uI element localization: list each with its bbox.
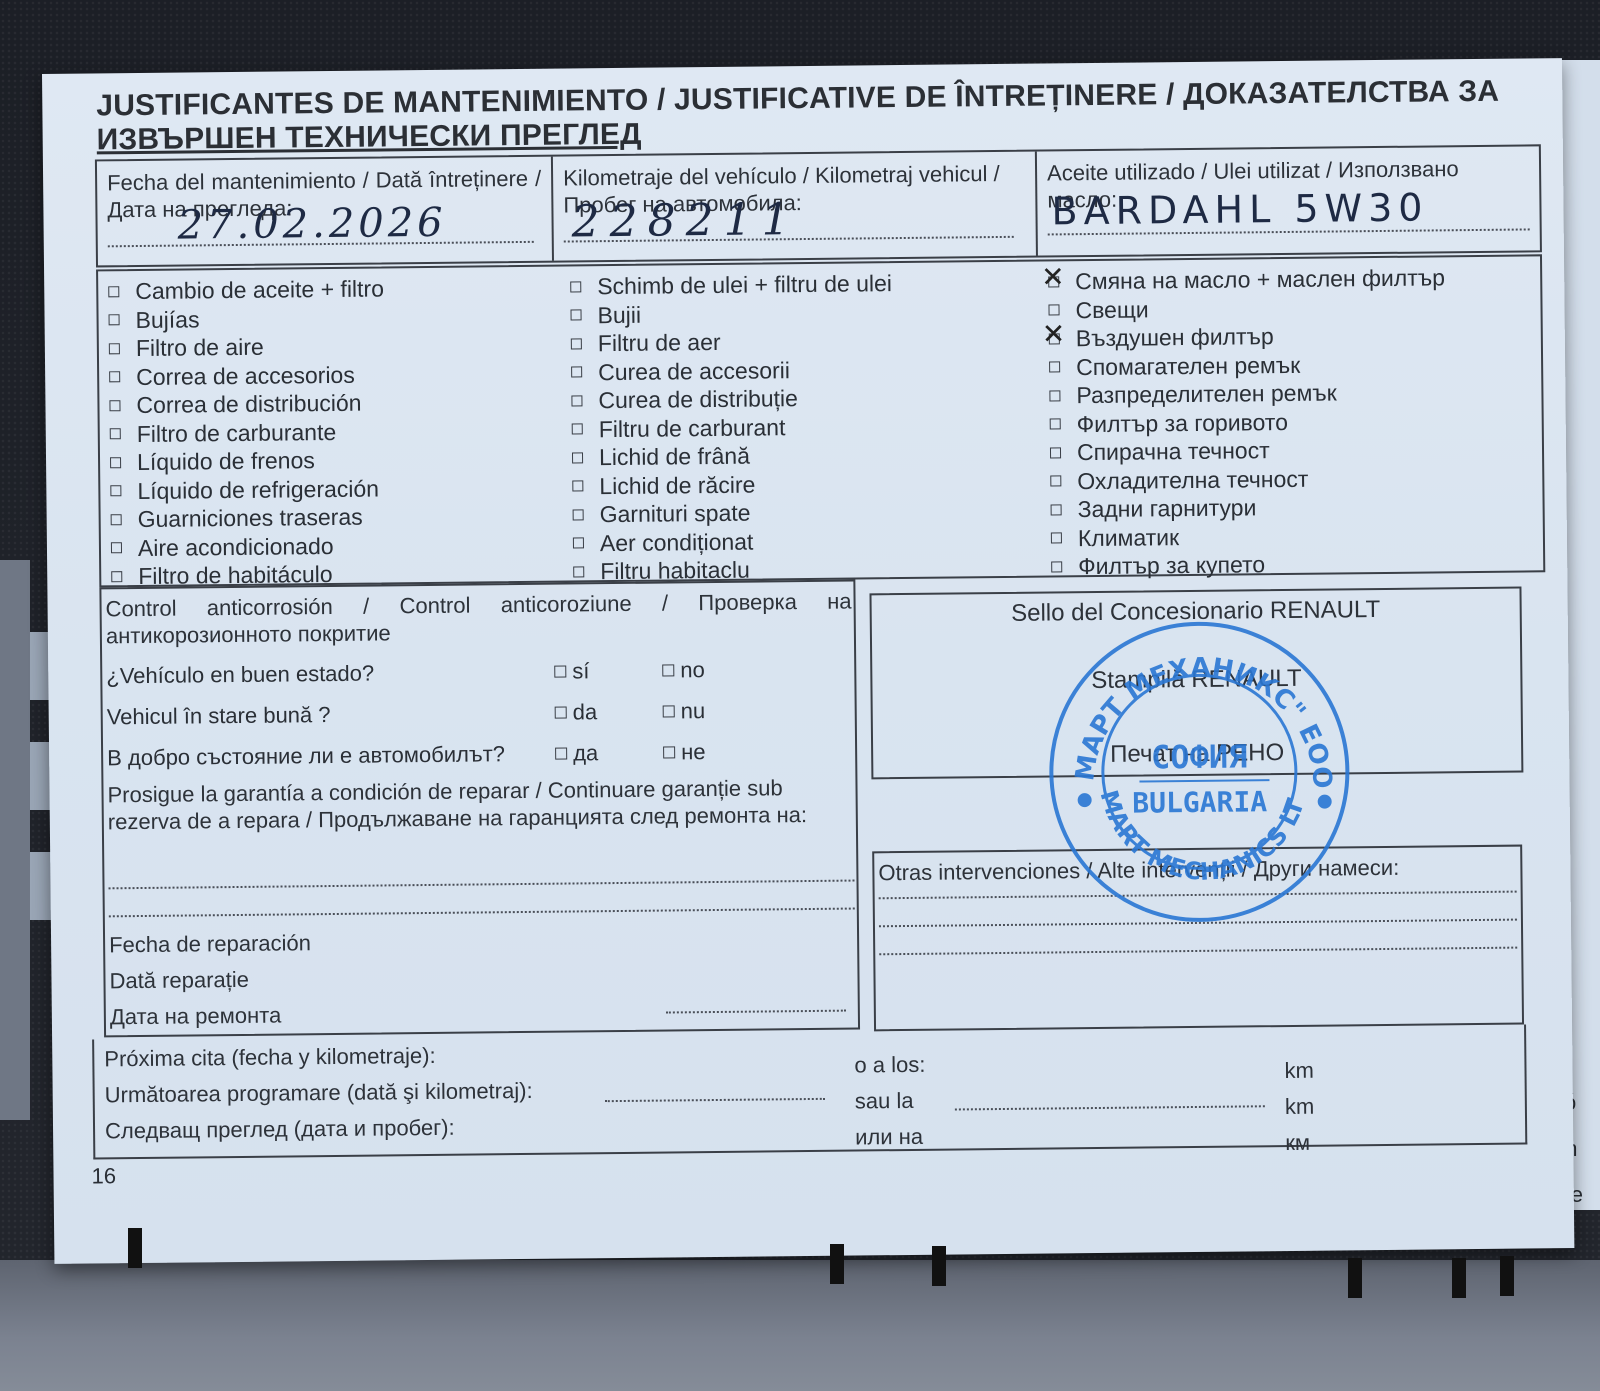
checklist-item[interactable]: Aer condiționat bbox=[573, 526, 895, 558]
checklist-item[interactable]: Guarniciones traseras bbox=[111, 502, 387, 533]
checklist-item-label: Филтър за горивото bbox=[1077, 407, 1288, 438]
checkbox-icon[interactable] bbox=[1051, 504, 1062, 515]
checkbox-icon[interactable] bbox=[110, 428, 121, 439]
option-no[interactable]: не bbox=[663, 739, 743, 766]
checklist-item[interactable]: Задни гарнитури bbox=[1050, 491, 1447, 524]
checklist-item-label: Задни гарнитури bbox=[1077, 493, 1256, 523]
option-no[interactable]: nu bbox=[663, 698, 743, 725]
checkbox-icon[interactable] bbox=[111, 542, 122, 553]
checkbox-icon[interactable] bbox=[570, 310, 581, 321]
binder-ring bbox=[1452, 1258, 1466, 1298]
checklist-item[interactable]: Смяна на масло + маслен филтър bbox=[1048, 263, 1445, 296]
checklist-item-label: Aire acondicionado bbox=[138, 531, 334, 562]
checkbox-icon[interactable] bbox=[555, 748, 567, 760]
checklist-item-label: Lichid de răcire bbox=[599, 470, 755, 500]
anticorrosion-section: Control anticorrosión / Control anticoro… bbox=[99, 580, 860, 1038]
warranty-text: Prosigue la garantía a condición de repa… bbox=[107, 774, 854, 836]
checklist-item[interactable]: Разпределителен ремък bbox=[1049, 377, 1446, 410]
oil-value: BARDAHL 5W30 bbox=[1051, 185, 1428, 233]
mileage-value: 228211 bbox=[571, 194, 799, 247]
next-service-or-label: или на bbox=[855, 1123, 923, 1151]
left-page-edge bbox=[0, 560, 30, 1120]
warranty-dotted-line-2 bbox=[109, 908, 855, 918]
checkbox-icon[interactable] bbox=[571, 338, 582, 349]
checklist-item-label: Filtro de aire bbox=[136, 333, 264, 363]
service-checklist: Cambio de aceite + filtroBujíasFiltro de… bbox=[96, 254, 1545, 587]
next-service-label: Próxima cita (fecha y kilometraje): bbox=[104, 1042, 436, 1072]
header-fields-row: Fecha del mantenimiento / Dată întreține… bbox=[95, 144, 1542, 267]
checklist-item-label: Спирачна течност bbox=[1077, 436, 1270, 467]
mileage-field[interactable]: Kilometraje del vehículo / Kilometraj ve… bbox=[553, 152, 1038, 261]
checklist-item[interactable]: Líquido de frenos bbox=[110, 445, 386, 476]
checklist-item-label: Смяна на масло + маслен филтър bbox=[1075, 263, 1445, 295]
checklist-item-label: Въздушен филтър bbox=[1076, 322, 1274, 353]
checklist-item[interactable]: Свещи bbox=[1048, 292, 1445, 325]
checkbox-icon[interactable] bbox=[573, 538, 584, 549]
checklist-item-label: Correa de distribución bbox=[136, 389, 361, 420]
checklist-item[interactable]: Curea de accesorii bbox=[571, 355, 893, 387]
option-label: не bbox=[681, 739, 706, 765]
checklist-item-label: Cambio de aceite + filtro bbox=[135, 274, 384, 305]
checkbox-icon[interactable] bbox=[109, 400, 120, 411]
checklist-item-label: Климатик bbox=[1078, 523, 1180, 553]
checklist-item[interactable]: Lichid de frână bbox=[572, 440, 894, 472]
next-service-section: Próxima cita (fecha y kilometraje):o a l… bbox=[92, 1025, 1527, 1160]
checklist-item[interactable]: Filtru de aer bbox=[571, 326, 893, 358]
checkbox-icon[interactable] bbox=[571, 367, 582, 378]
checklist-item-label: Líquido de frenos bbox=[137, 446, 315, 476]
binder-ring bbox=[1500, 1256, 1514, 1296]
checklist-item[interactable]: Filtro de aire bbox=[109, 331, 385, 362]
checkbox-icon[interactable] bbox=[1049, 362, 1060, 373]
checkbox-icon[interactable] bbox=[572, 452, 583, 463]
checkbox-icon[interactable] bbox=[1048, 305, 1059, 316]
stamp-country: BULGARIA bbox=[1054, 784, 1346, 820]
checklist-item-label: Garnituri spate bbox=[599, 499, 750, 529]
checkbox-icon[interactable] bbox=[109, 314, 120, 325]
checkbox-icon[interactable] bbox=[572, 424, 583, 435]
condition-question: Vehicul în stare bună ?danu bbox=[107, 697, 827, 731]
checklist-item[interactable]: Correa de accesorios bbox=[109, 360, 385, 391]
option-label: da bbox=[573, 699, 598, 725]
checklist-item-label: Filtru de aer bbox=[598, 328, 721, 358]
checklist-item[interactable]: Спирачна течност bbox=[1050, 434, 1447, 467]
checklist-item-label: Curea de distribuție bbox=[598, 384, 798, 415]
checkbox-icon[interactable] bbox=[555, 707, 567, 719]
checklist-item[interactable]: Líquido de refrigeración bbox=[110, 474, 386, 505]
checkbox-icon[interactable] bbox=[572, 481, 583, 492]
next-service-unit: км bbox=[1285, 1129, 1310, 1156]
checkbox-icon[interactable] bbox=[573, 509, 584, 520]
checkbox-checked-icon[interactable] bbox=[1049, 333, 1060, 344]
date-field[interactable]: Fecha del mantenimiento / Dată întreține… bbox=[97, 157, 554, 266]
checklist-item[interactable]: Cambio de aceite + filtro bbox=[108, 274, 384, 305]
question-label: ¿Vehículo en buen estado? bbox=[106, 659, 554, 690]
checklist-item-label: Bujii bbox=[597, 300, 641, 329]
page-number: 16 bbox=[91, 1163, 116, 1189]
next-service-unit: km bbox=[1284, 1057, 1314, 1084]
checkbox-icon[interactable] bbox=[110, 485, 121, 496]
checkbox-icon[interactable] bbox=[662, 664, 674, 676]
option-yes[interactable]: sí bbox=[554, 658, 662, 685]
checkbox-icon[interactable] bbox=[111, 571, 122, 582]
checklist-romanian: Schimb de ulei + filtru de uleiBujiiFilt… bbox=[570, 269, 895, 586]
question-label: В добро състояние ли е автомобилът? bbox=[107, 741, 555, 772]
option-no[interactable]: no bbox=[662, 657, 742, 684]
checkbox-icon[interactable] bbox=[571, 395, 582, 406]
binder-ring bbox=[830, 1244, 844, 1284]
next-km-dotted-line[interactable] bbox=[955, 1105, 1265, 1110]
checklist-item[interactable]: Охладителна течност bbox=[1050, 463, 1447, 496]
checklist-item[interactable]: Въздушен филтър bbox=[1049, 320, 1446, 353]
checklist-item-label: Lichid de frână bbox=[599, 442, 750, 472]
stamp-dot-left bbox=[1078, 793, 1092, 807]
condition-question: ¿Vehículo en buen estado?síno bbox=[106, 656, 826, 690]
checklist-item[interactable]: Филтър за горивото bbox=[1050, 406, 1447, 439]
checkbox-icon[interactable] bbox=[1050, 447, 1061, 458]
next-date-dotted-line[interactable] bbox=[605, 1098, 825, 1102]
checklist-item[interactable]: Schimb de ulei + filtru de ulei bbox=[570, 269, 892, 301]
next-service-label: Următoarea programare (dată şi kilometra… bbox=[105, 1077, 533, 1108]
checklist-item[interactable]: Correa de distribución bbox=[109, 388, 385, 419]
checklist-item-label: Guarniciones traseras bbox=[138, 503, 363, 534]
binder-ring bbox=[932, 1246, 946, 1286]
checklist-item-label: Correa de accesorios bbox=[136, 360, 355, 391]
checklist-item[interactable]: Климатик bbox=[1051, 520, 1448, 553]
checkbox-icon[interactable] bbox=[570, 281, 581, 292]
option-label: nu bbox=[681, 698, 706, 724]
next-service-or-label: sau la bbox=[855, 1087, 914, 1115]
stamp-city: СОФИЯ bbox=[1053, 736, 1345, 777]
checkbox-icon[interactable] bbox=[663, 705, 675, 717]
checkbox-icon[interactable] bbox=[111, 514, 122, 525]
checklist-bulgarian: Смяна на масло + маслен филтърСвещиВъзду… bbox=[1048, 263, 1448, 581]
checkbox-icon[interactable] bbox=[1050, 419, 1061, 430]
checklist-item[interactable]: Спомагателен ремък bbox=[1049, 349, 1446, 382]
checklist-spanish: Cambio de aceite + filtroBujíasFiltro de… bbox=[108, 274, 387, 590]
checklist-item-label: Filtro de carburante bbox=[137, 417, 337, 448]
checklist-item[interactable]: Garnituri spate bbox=[572, 497, 894, 529]
checklist-item-label: Охладителна течност bbox=[1077, 464, 1308, 495]
checkbox-icon[interactable] bbox=[573, 566, 584, 577]
checklist-item[interactable]: Filtru de carburant bbox=[572, 412, 894, 444]
checkbox-icon[interactable] bbox=[1051, 561, 1062, 572]
page-title: JUSTIFICANTES DE MANTENIMIENTO / JUSTIFI… bbox=[96, 74, 1557, 157]
checkbox-icon[interactable] bbox=[663, 746, 675, 758]
next-service-label: Следващ преглед (дата и пробег): bbox=[105, 1114, 455, 1145]
checklist-item-label: Líquido de refrigeración bbox=[137, 474, 379, 505]
binder-ring bbox=[128, 1228, 142, 1268]
checklist-item[interactable]: Bujías bbox=[108, 303, 384, 334]
maintenance-page: JUSTIFICANTES DE MANTENIMIENTO / JUSTIFI… bbox=[42, 58, 1574, 1264]
checklist-item-label: Schimb de ulei + filtru de ulei bbox=[597, 269, 892, 301]
checklist-item[interactable]: Lichid de răcire bbox=[572, 469, 894, 501]
repair-date-label: Дата на ремонта bbox=[110, 1002, 282, 1031]
option-label: sí bbox=[572, 658, 589, 684]
stamp-dot-right bbox=[1318, 795, 1332, 809]
dealer-stamp-labels: Sello del Concesionario RENAULTStampilă … bbox=[872, 589, 1520, 596]
date-value: 27.02.2026 bbox=[177, 200, 446, 249]
checklist-item[interactable]: Aire acondicionado bbox=[111, 531, 387, 562]
option-label: no bbox=[680, 657, 705, 683]
repair-date-label: Fecha de reparación bbox=[109, 929, 311, 958]
checkbox-icon[interactable] bbox=[109, 343, 120, 354]
repair-date-label: Dată reparație bbox=[109, 966, 249, 994]
anticorrosion-title: Control anticorrosión / Control anticoro… bbox=[105, 588, 852, 650]
checkbox-icon[interactable] bbox=[109, 371, 120, 382]
checklist-item-label: Свещи bbox=[1075, 295, 1148, 324]
other-dotted-line-3 bbox=[879, 947, 1517, 956]
condition-question: В добро състояние ли е автомобилът?дане bbox=[107, 738, 827, 772]
binder-ring bbox=[1348, 1258, 1362, 1298]
checkbox-icon[interactable] bbox=[1051, 533, 1062, 544]
checklist-item[interactable]: Filtro de carburante bbox=[110, 417, 386, 448]
checkbox-icon[interactable] bbox=[1050, 476, 1061, 487]
question-label: Vehicul în stare bună ? bbox=[107, 700, 555, 731]
checklist-item-label: Aer condiționat bbox=[600, 527, 754, 557]
dealer-stamp: "СМАРТ МЕХАНИКС" ЕООД SMART MECHANICS LT… bbox=[1048, 620, 1351, 923]
checklist-item[interactable]: Curea de distribuție bbox=[571, 383, 893, 415]
checklist-item[interactable]: Филтър за купето bbox=[1051, 548, 1448, 581]
warranty-dotted-line-1 bbox=[109, 880, 855, 890]
checkbox-icon[interactable] bbox=[108, 286, 119, 297]
checklist-item[interactable]: Bujii bbox=[570, 298, 892, 330]
oil-field[interactable]: Aceite utilizado / Ulei utilizat / Изпол… bbox=[1037, 146, 1540, 255]
next-service-unit: km bbox=[1285, 1093, 1315, 1120]
checkbox-icon[interactable] bbox=[554, 666, 566, 678]
checkbox-icon[interactable] bbox=[1049, 390, 1060, 401]
checklist-item-label: Filtru de carburant bbox=[599, 413, 786, 443]
option-yes[interactable]: да bbox=[555, 740, 663, 767]
option-yes[interactable]: da bbox=[555, 699, 663, 726]
checklist-item-label: Curea de accesorii bbox=[598, 356, 790, 387]
checkbox-icon[interactable] bbox=[110, 457, 121, 468]
repair-date-dotted-line[interactable] bbox=[666, 1010, 846, 1014]
checklist-item-label: Филтър за купето bbox=[1078, 550, 1265, 580]
checkbox-checked-icon[interactable] bbox=[1048, 276, 1059, 287]
next-service-or-label: o a los: bbox=[854, 1051, 925, 1079]
option-label: да bbox=[573, 740, 598, 766]
checklist-item-label: Bujías bbox=[135, 305, 199, 334]
checklist-item-label: Разпределителен ремък bbox=[1076, 378, 1337, 409]
checklist-item-label: Спомагателен ремък bbox=[1076, 350, 1300, 381]
